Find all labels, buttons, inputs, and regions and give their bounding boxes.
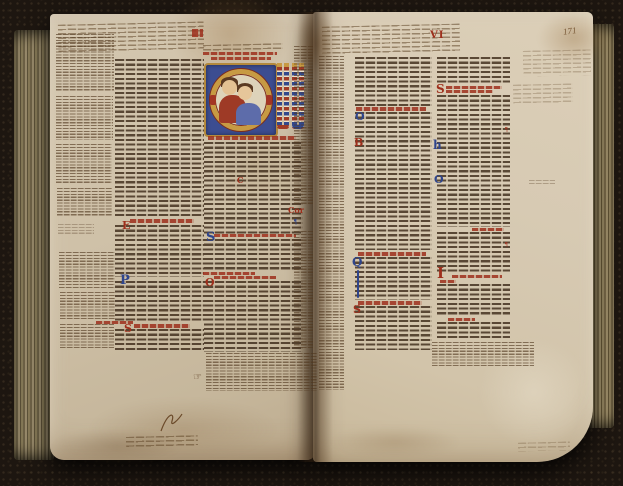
header-mark bbox=[192, 29, 203, 37]
decorated-initial: P bbox=[120, 274, 130, 287]
rubric-line bbox=[214, 234, 296, 237]
text-block bbox=[115, 59, 204, 217]
rubric-line bbox=[452, 275, 502, 278]
decorated-initial: E bbox=[122, 220, 130, 231]
text-block bbox=[355, 57, 432, 106]
decorated-initial: S bbox=[206, 231, 215, 244]
rubric-line bbox=[446, 86, 502, 89]
rubric-line bbox=[356, 107, 426, 111]
left-fore-edge bbox=[14, 30, 54, 460]
gloss-block bbox=[56, 144, 112, 184]
pen-flourish bbox=[158, 410, 184, 434]
paraph-mark: ¶ bbox=[294, 219, 297, 226]
figure-right-face bbox=[238, 86, 252, 100]
penwork-stroke bbox=[284, 63, 289, 129]
decorated-initial: C bbox=[237, 176, 243, 184]
manuscript-photo: ☞ Cor ¶ VI 171 ¶ ¶ E P S S O O B Q S bbox=[0, 0, 623, 486]
text-block bbox=[355, 112, 432, 250]
margin-note bbox=[518, 441, 570, 451]
margin-note bbox=[523, 49, 592, 77]
decorated-initial: h bbox=[433, 139, 442, 151]
gloss-block bbox=[56, 96, 113, 140]
figure-left-face bbox=[222, 80, 237, 95]
gloss-block bbox=[58, 224, 94, 234]
rubric-line bbox=[211, 57, 271, 60]
text-block bbox=[437, 322, 510, 340]
gloss-block bbox=[57, 188, 112, 216]
text-block bbox=[437, 95, 510, 227]
gloss-block bbox=[294, 46, 313, 204]
decorated-initial: O bbox=[355, 111, 365, 122]
text-block bbox=[437, 57, 510, 85]
running-header: VI bbox=[430, 31, 444, 41]
text-block bbox=[204, 142, 303, 234]
rubric-line bbox=[203, 272, 255, 275]
ring-jewel bbox=[210, 95, 216, 105]
rubric-line bbox=[358, 252, 426, 256]
penwork-stroke bbox=[277, 63, 282, 129]
gutter-gloss-word: Cor bbox=[288, 206, 304, 214]
margin-note bbox=[529, 180, 555, 184]
decorated-initial: S bbox=[124, 323, 132, 334]
rubric-line bbox=[208, 136, 296, 140]
decorated-initial: B bbox=[354, 137, 363, 148]
text-block bbox=[115, 225, 204, 277]
text-block bbox=[437, 232, 510, 274]
rubric-line bbox=[448, 318, 475, 321]
margin-note bbox=[513, 83, 573, 104]
decorated-initial: I bbox=[437, 266, 444, 281]
rubric-line bbox=[130, 219, 194, 223]
paraph-mark: ¶ bbox=[505, 242, 508, 248]
rubric-line bbox=[472, 228, 504, 231]
initial-q-tail bbox=[357, 270, 359, 298]
gloss-block bbox=[56, 34, 114, 92]
gloss-block bbox=[59, 252, 115, 288]
gloss-block bbox=[60, 292, 115, 319]
gloss-block bbox=[432, 342, 534, 366]
manicule-icon: ☞ bbox=[193, 373, 202, 383]
decorated-initial: Q bbox=[352, 256, 362, 268]
text-block bbox=[355, 306, 432, 350]
decorated-initial: O bbox=[434, 174, 444, 185]
ring-jewel bbox=[266, 95, 272, 105]
historiated-initial-two-figures bbox=[204, 63, 278, 137]
rubric-line bbox=[134, 324, 190, 328]
gloss-block bbox=[319, 56, 344, 390]
decorated-initial: S bbox=[353, 304, 361, 315]
rubric-line bbox=[446, 90, 493, 93]
rubric-line bbox=[203, 52, 277, 55]
text-block bbox=[204, 281, 303, 352]
figure-right-robe bbox=[236, 103, 261, 125]
rubric-line bbox=[358, 301, 422, 305]
text-block bbox=[355, 257, 432, 300]
decorated-initial: O bbox=[205, 277, 215, 288]
gloss-block bbox=[294, 231, 313, 349]
gloss-block bbox=[60, 324, 114, 348]
paraph-mark: ¶ bbox=[505, 127, 508, 133]
text-block bbox=[204, 239, 303, 272]
text-block bbox=[437, 284, 510, 317]
gloss-block bbox=[206, 353, 317, 391]
annotation-block bbox=[126, 435, 198, 449]
rubric-line bbox=[214, 276, 276, 279]
folio-number: 171 bbox=[562, 26, 577, 37]
decorated-initial: S bbox=[436, 83, 445, 95]
